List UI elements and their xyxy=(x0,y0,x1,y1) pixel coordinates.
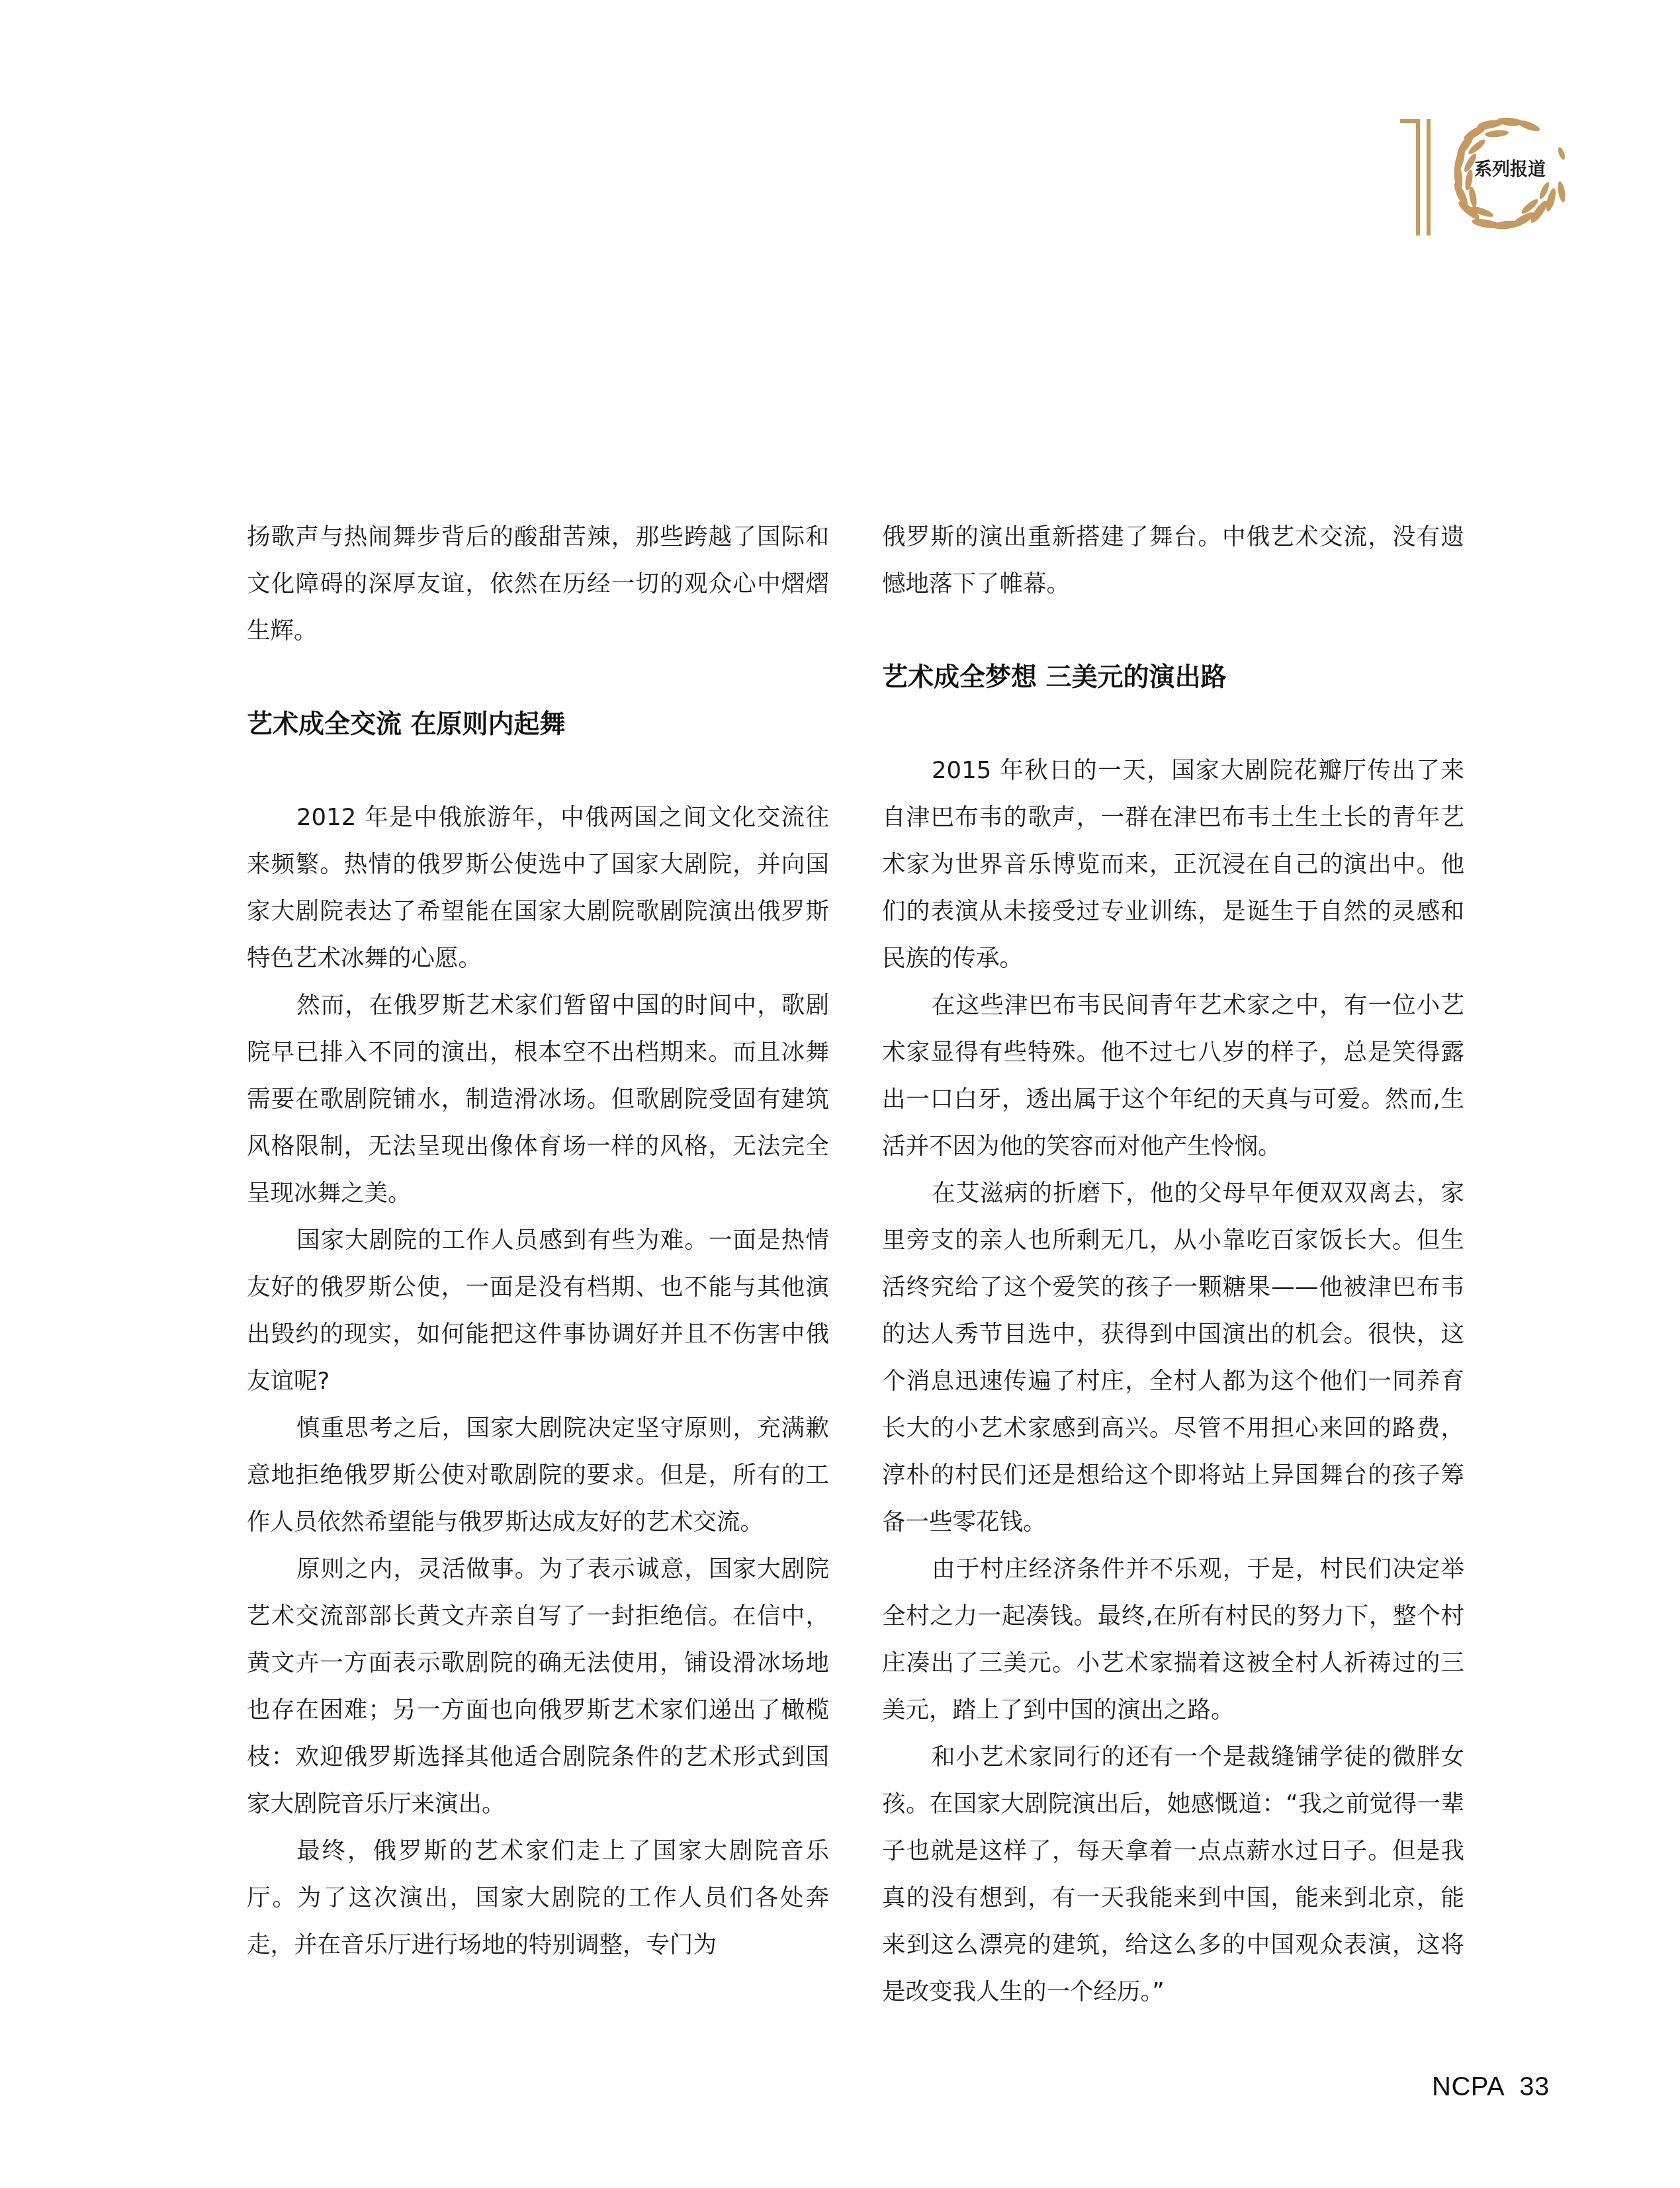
body-paragraph: 最终，俄罗斯的艺术家们走上了国家大剧院音乐厅。为了这次演出，国家大剧院的工作人员… xyxy=(247,1827,829,1968)
body-paragraph: 然而，在俄罗斯艺术家们暂留中国的时间中，歌剧院早已排入不同的演出，根本空不出档期… xyxy=(247,982,829,1217)
page-footer: NCPA33 xyxy=(1432,2072,1550,2102)
spacer xyxy=(247,654,829,701)
left-column: 扬歌声与热闹舞步背后的酸甜苦辣，那些跨越了国际和文化障碍的深厚友谊，依然在历经一… xyxy=(247,513,829,1968)
spacer xyxy=(882,701,1464,747)
body-paragraph: 和小艺术家同行的还有一个是裁缝铺学徒的微胖女孩。在国家大剧院演出后，她感慨道：“… xyxy=(882,1733,1464,2015)
section-heading-exchange: 艺术成全交流 在原则内起舞 xyxy=(247,701,829,748)
spacer xyxy=(247,748,829,794)
publication-name: NCPA xyxy=(1432,2072,1505,2101)
body-paragraph: 慎重思考之后，国家大剧院决定坚守原则，充满歉意地拒绝俄罗斯公使对歌剧院的要求。但… xyxy=(247,1405,829,1546)
body-paragraph: 由于村庄经济条件并不乐观，于是，村民们决定举全村之力一起凑钱。最终,在所有村民的… xyxy=(882,1546,1464,1733)
spacer xyxy=(882,607,1464,654)
page-number: 33 xyxy=(1519,2072,1550,2101)
right-column: 俄罗斯的演出重新搭建了舞台。中俄艺术交流，没有遗憾地落下了帷幕。 艺术成全梦想 … xyxy=(882,513,1464,2015)
continuation-paragraph: 俄罗斯的演出重新搭建了舞台。中俄艺术交流，没有遗憾地落下了帷幕。 xyxy=(882,513,1464,607)
body-paragraph: 国家大剧院的工作人员感到有些为难。一面是热情友好的俄罗斯公使，一面是没有档期、也… xyxy=(247,1217,829,1405)
body-paragraph: 2015 年秋日的一天，国家大剧院花瓣厅传出了来自津巴布韦的歌声，一群在津巴布韦… xyxy=(882,747,1464,982)
body-paragraph: 2012 年是中俄旅游年，中俄两国之间文化交流往来频繁。热情的俄罗斯公使选中了国… xyxy=(247,794,829,982)
series-report-label: 系列报道 xyxy=(1474,155,1546,181)
section-heading-dream: 艺术成全梦想 三美元的演出路 xyxy=(882,654,1464,701)
body-paragraph: 在艾滋病的折磨下，他的父母早年便双双离去，家里旁支的亲人也所剩无几，从小靠吃百家… xyxy=(882,1170,1464,1546)
body-paragraph: 在这些津巴布韦民间青年艺术家之中，有一位小艺术家显得有些特殊。他不过七八岁的样子… xyxy=(882,982,1464,1170)
body-paragraph: 原则之内，灵活做事。为了表示诚意，国家大剧院艺术交流部部长黄文卉亲自写了一封拒绝… xyxy=(247,1546,829,1827)
intro-paragraph: 扬歌声与热闹舞步背后的酸甜苦辣，那些跨越了国际和文化障碍的深厚友谊，依然在历经一… xyxy=(247,513,829,654)
